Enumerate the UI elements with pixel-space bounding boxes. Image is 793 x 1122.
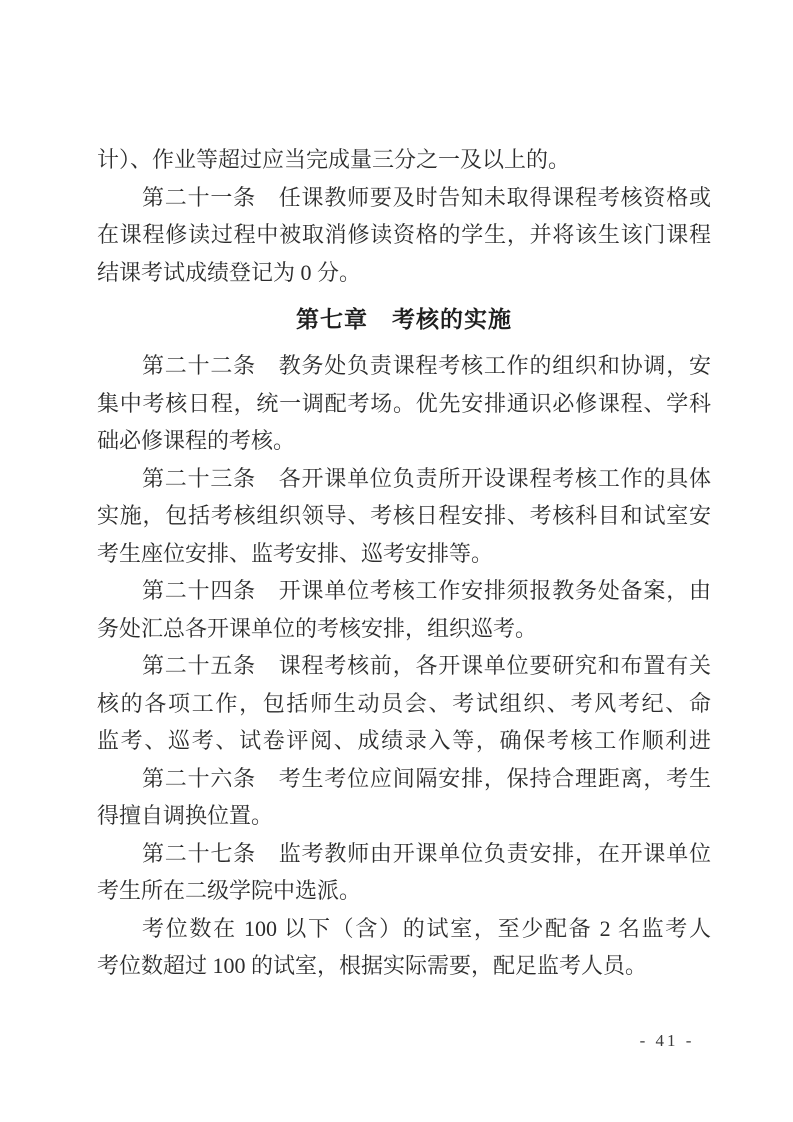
text-line: 考位数超过 100 的试室，根据实际需要，配足监考人员。 <box>97 947 711 985</box>
text-line: 集中考核日程，统一调配考场。优先安排通识必修课程、学科基 <box>97 385 711 423</box>
text-line: 监考、巡考、试卷评阅、成绩录入等，确保考核工作顺利进行。 <box>97 722 711 760</box>
text-line: 务处汇总各开课单位的考核安排，组织巡考。 <box>97 610 711 648</box>
text-line: 第二十二条 教务处负责课程考核工作的组织和协调，安排 <box>97 347 711 385</box>
text-line: 核的各项工作，包括师生动员会、考试组织、考风考纪、命题、 <box>97 685 711 723</box>
text-line: 第二十四条 开课单位考核工作安排须报教务处备案，由教 <box>97 572 711 610</box>
page-number: - 41 - <box>617 1031 717 1051</box>
text-line: 考位数在 100 以下（含）的试室，至少配备 2 名监考人员； <box>97 910 711 948</box>
text-line: 第二十五条 课程考核前，各开课单位要研究和布置有关考 <box>97 647 711 685</box>
text-line: 考生所在二级学院中选派。 <box>97 872 711 910</box>
text-line: 在课程修读过程中被取消修读资格的学生，并将该生该门课程的 <box>97 216 711 254</box>
chapter-heading: 第七章 考核的实施 <box>97 291 711 347</box>
page-body: 计）、作业等超过应当完成量三分之一及以上的。 第二十一条 任课教师要及时告知未取… <box>97 141 711 985</box>
text-line: 计）、作业等超过应当完成量三分之一及以上的。 <box>97 141 711 179</box>
text-line: 第二十三条 各开课单位负责所开设课程考核工作的具体 <box>97 460 711 498</box>
document-page: 计）、作业等超过应当完成量三分之一及以上的。 第二十一条 任课教师要及时告知未取… <box>0 0 793 1122</box>
text-line: 第二十七条 监考教师由开课单位负责安排，在开课单位和 <box>97 835 711 873</box>
text-line: 得擅自调换位置。 <box>97 797 711 835</box>
text-line: 础必修课程的考核。 <box>97 422 711 460</box>
text-line: 结课考试成绩登记为 0 分。 <box>97 254 711 292</box>
text-line: 第二十六条 考生考位应间隔安排，保持合理距离，考生不 <box>97 760 711 798</box>
text-line: 第二十一条 任课教师要及时告知未取得课程考核资格或 <box>97 179 711 217</box>
text-line: 考生座位安排、监考安排、巡考安排等。 <box>97 535 711 573</box>
text-line: 实施，包括考核组织领导、考核日程安排、考核科目和试室安排、 <box>97 497 711 535</box>
